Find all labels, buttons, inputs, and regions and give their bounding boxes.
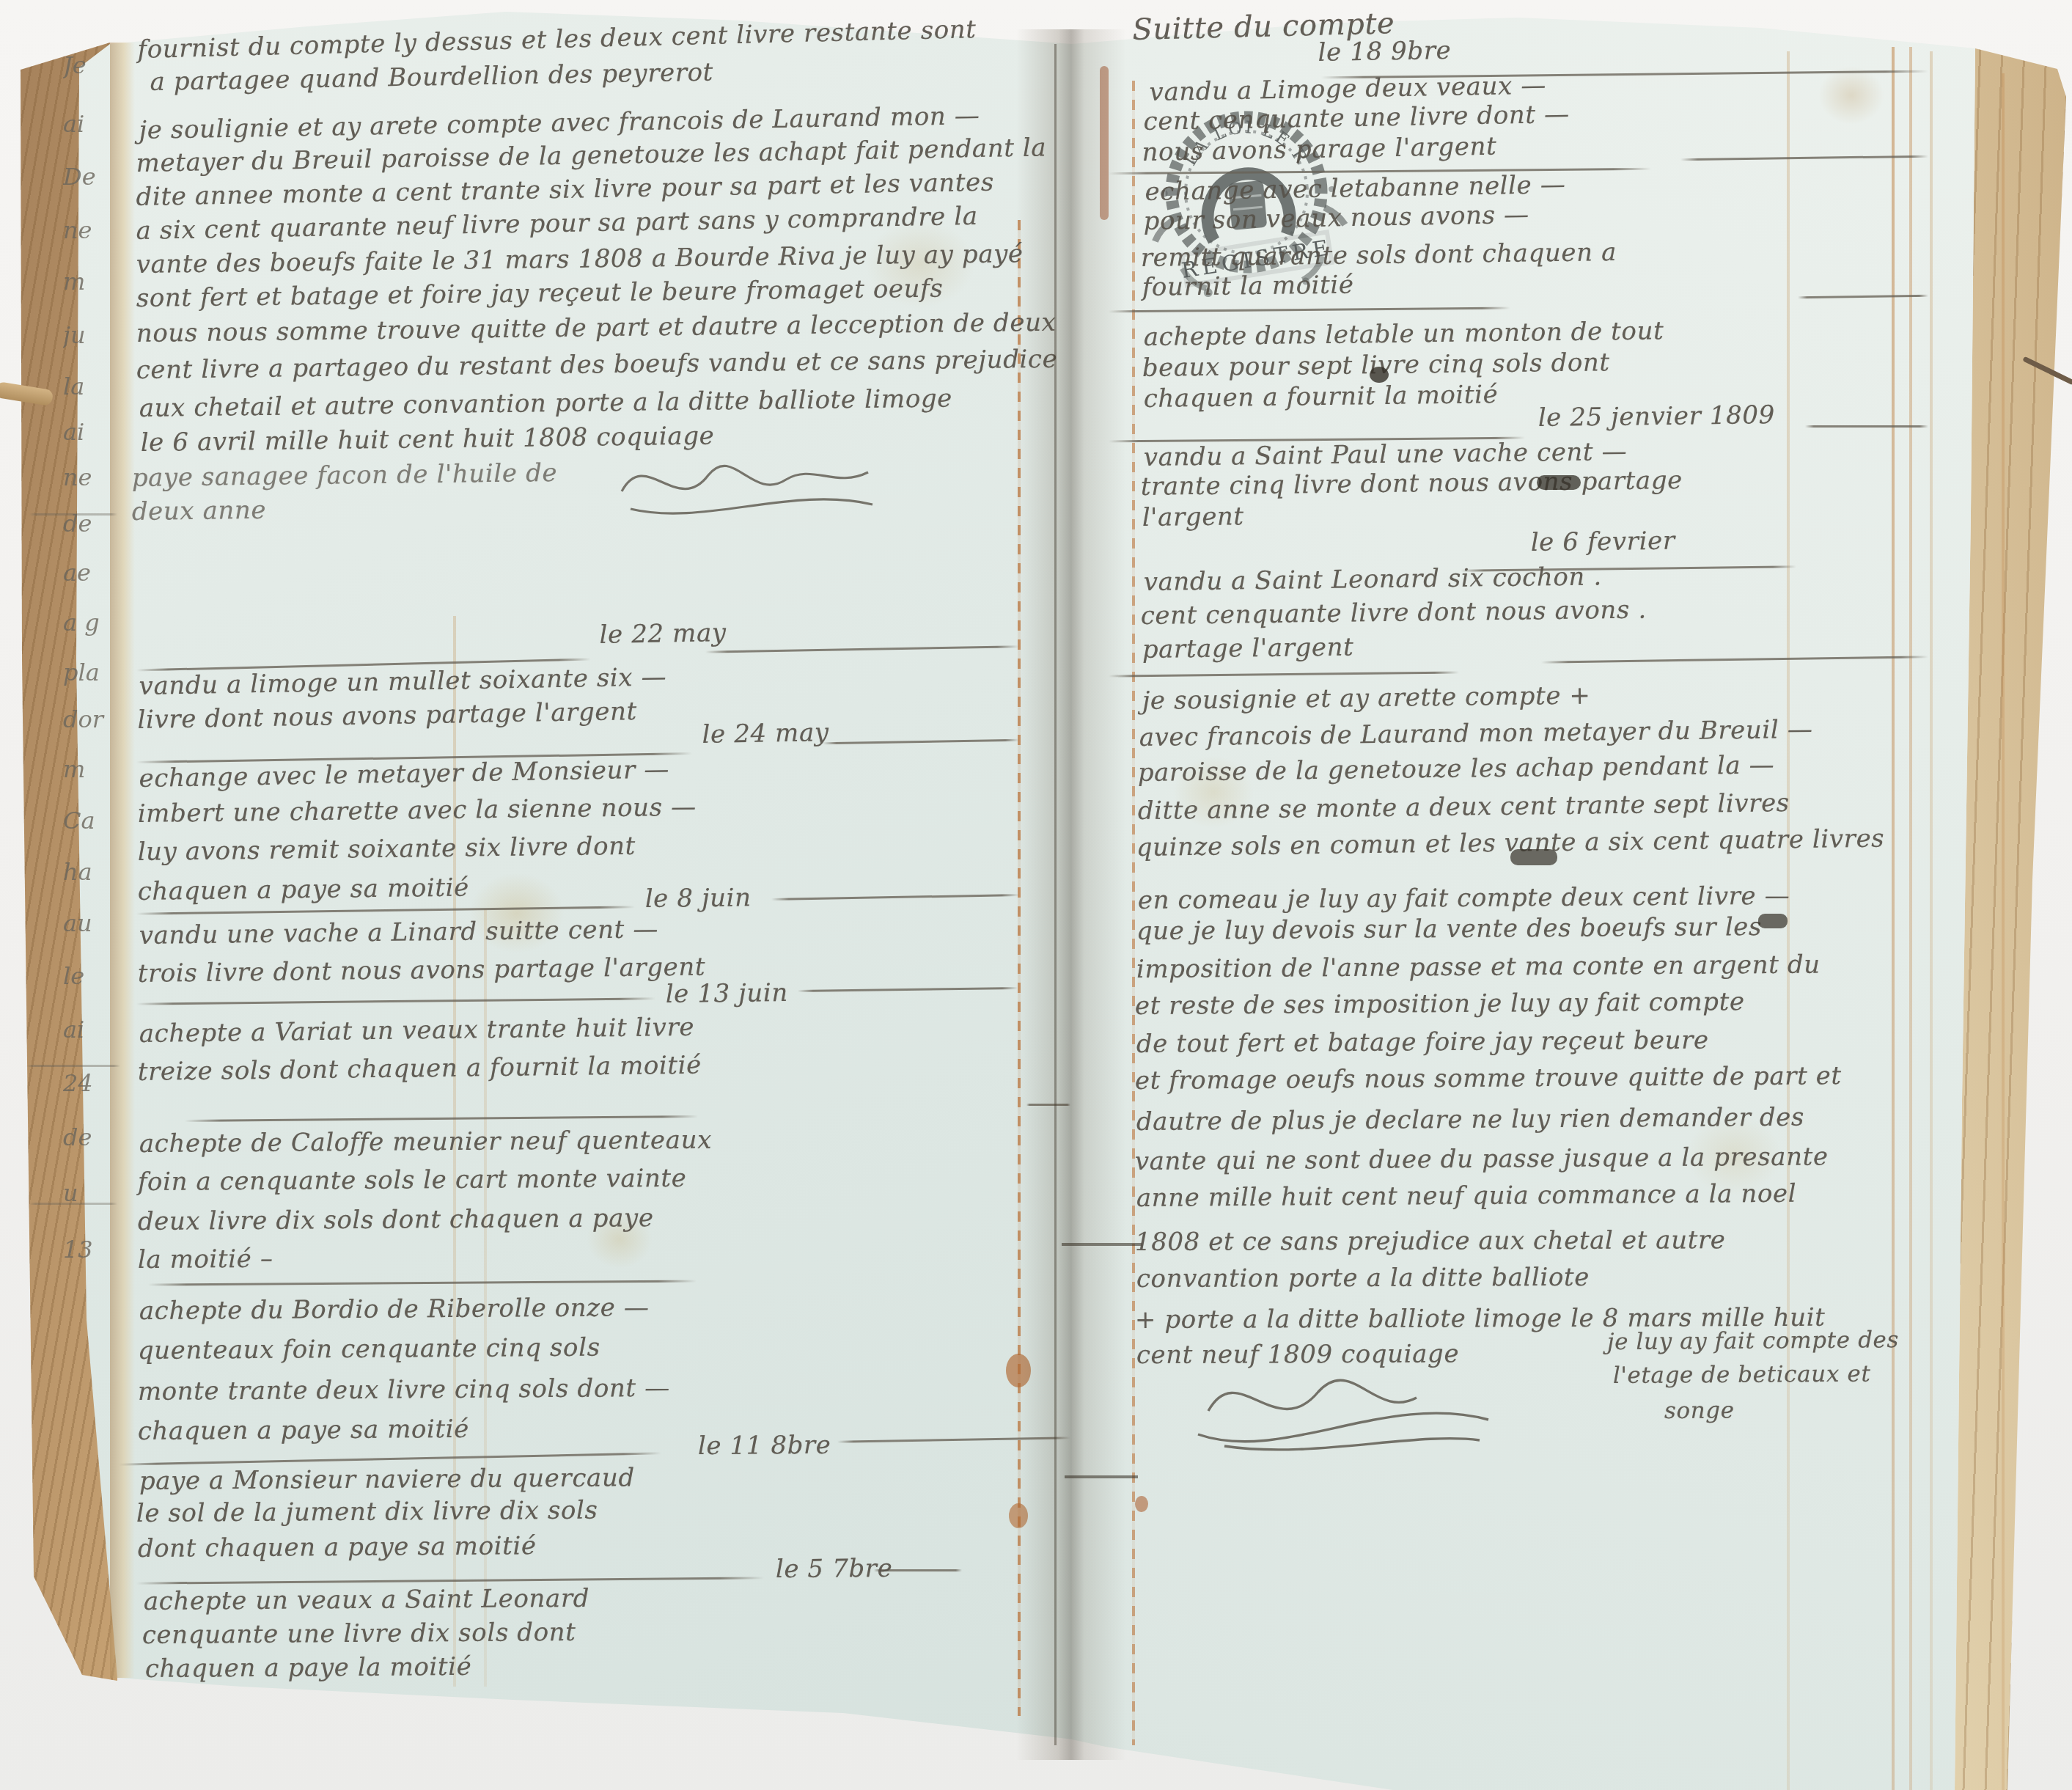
manuscript-side-note: songe [1664,1397,1735,1424]
margin-fragment: De [63,163,120,191]
date-heading: le 13 juin [666,978,789,1009]
manuscript-line: convantion porte a la ditte balliote [1136,1263,1590,1294]
manuscript-line: en comeau je luy ay fait compte deux cen… [1138,881,1790,915]
manuscript-line: paye sanagee facon de l'huile de [132,458,558,493]
date-heading: le 8 juin [645,883,752,914]
margin-fragment: ai [63,1016,120,1043]
manuscript-line: beaux pour sept livre cinq sols dont [1142,348,1610,383]
manuscript-line: chaquen a paye sa moitié [138,873,470,906]
manuscript-line: dont chaquen a paye sa moitié [138,1531,537,1563]
manuscript-line: partage l'argent [1142,632,1354,664]
manuscript-line: deux livre dix sols dont chaquen a paye [138,1203,654,1236]
manuscript-line: deux anne [132,496,267,527]
margin-fragment: de [63,510,120,538]
margin-fragment: ju [63,321,120,349]
manuscript-photo: LA LOI LE ROI REGISTRE fournist du compt… [0,0,2072,1790]
manuscript-line: achepte un veaux a Saint Leonard [144,1584,589,1616]
margin-fragment: Je [63,51,120,79]
manuscript-line: chaquen a fournit la moitié [1144,380,1499,414]
manuscript-line: imposition de l'anne passe et ma conte e… [1136,950,1821,984]
margin-fragment: 13 [63,1236,120,1263]
margin-rule-fragment [26,1065,120,1067]
stitch-mark [1065,1475,1138,1478]
date-heading: le 5 7bre [776,1554,893,1584]
manuscript-line: dautre de plus je declare ne luy rien de… [1136,1103,1804,1137]
margin-fragment: ai [63,110,120,138]
manuscript-line: 1808 et ce sans prejudice aux chetal et … [1135,1225,1726,1257]
manuscript-line: vante qui ne sont duee du passe jusque a… [1135,1142,1829,1176]
margin-fragment: m [63,755,120,783]
manuscript-line: le sol de la jument dix livre dix sols [136,1496,598,1528]
margin-fragment: m [63,268,120,296]
manuscript-line: monte trante deux livre cinq sols dont — [138,1373,670,1406]
manuscript-line: achepte du Bordio de Riberolle onze — [139,1293,650,1326]
date-heading: le 24 may [702,718,829,749]
date-heading: le 22 may [599,618,727,650]
margin-fragment: ne [63,216,120,244]
manuscript-line: l'argent [1142,502,1244,532]
manuscript-line: fournit la moitié [1142,270,1354,302]
manuscript-line: et fromage oeufs nous somme trouve quitt… [1135,1061,1842,1096]
date-heading: le 11 8bre [698,1431,831,1461]
date-heading: le 25 jenvier 1809 [1538,400,1775,433]
manuscript-line: cent cenquante livre dont nous avons . [1141,595,1647,631]
manuscript-line: nous avons parage l'argent [1142,132,1496,167]
margin-fragment: le [63,962,120,990]
margin-fragment: ne [63,463,120,491]
margin-fragment: a g [63,609,120,637]
stitch-mark [1062,1243,1142,1246]
manuscript-line: je sousignie et ay arette compte + [1142,681,1591,716]
manuscript-line: luy avons remit soixante six livre dont [138,832,636,867]
manuscript-line: et reste de ses imposition je luy ay fai… [1135,987,1745,1021]
gutter-crease [1054,44,1057,1745]
signature-flourish [1195,1349,1503,1459]
margin-fragment: de [63,1123,120,1151]
manuscript-line: quenteaux foin cenquante cinq sols [138,1333,600,1365]
signature-flourish [616,434,880,529]
manuscript-line: vandu a Saint Leonard six cochon . [1144,562,1602,597]
date-heading: le 6 fevrier [1531,527,1675,557]
date-heading: le 18 9bre [1318,36,1451,67]
manuscript-side-note: l'etage de beticaux et [1613,1361,1871,1389]
separator-rule [1805,425,1928,428]
separator-rule [1026,1104,1070,1106]
manuscript-line: la moitié – [138,1244,273,1274]
manuscript-line: anne mille huit cent neuf quia commance … [1136,1179,1797,1213]
manuscript-line: remitt quarante sols dont chaquen a [1141,238,1617,273]
margin-fragment: au [63,909,120,937]
margin-fragment: ae [63,559,120,587]
manuscript-line: chaquen a paye sa moitié [138,1415,469,1446]
manuscript-line: cenquante une livre dix sols dont [142,1618,576,1650]
manuscript-line: foin a cenquante sols le cart monte vain… [138,1164,687,1197]
margin-fragment: 24 [63,1069,120,1097]
margin-fragment: u [63,1179,120,1207]
manuscript-line: que je luy devois sur la vente des boeuf… [1136,912,1762,946]
margin-fragment: ai [63,418,120,446]
margin-fragment: dor [63,705,120,733]
manuscript-line: chaquen a paye la moitié [145,1652,472,1684]
manuscript-side-note: je luy ay fait compte des [1607,1327,1899,1355]
manuscript-line: paye a Monsieur naviere du quercaud [139,1463,635,1496]
manuscript-line: achepte de Caloffe meunier neuf quenteau… [139,1126,712,1159]
margin-fragment: pla [63,659,120,686]
margin-fragment: ha [63,858,120,886]
margin-fragment: la [63,373,120,400]
margin-fragment: Ca [63,807,120,835]
manuscript-line: de tout fert et batage foire jay reçeut … [1136,1026,1709,1059]
